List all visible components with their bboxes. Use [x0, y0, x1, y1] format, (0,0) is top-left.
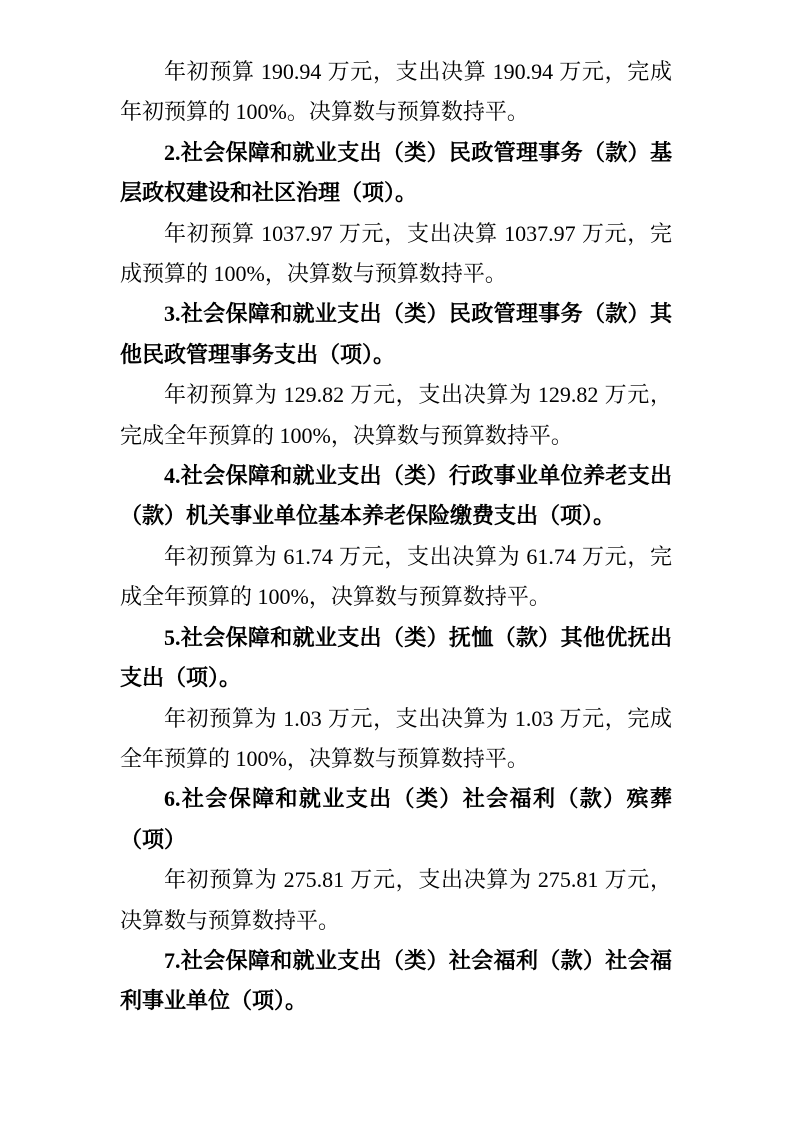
- heading-item-4: 4.社会保障和就业支出（类）行政事业单位养老支出（款）机关事业单位基本养老保险缴…: [120, 456, 672, 537]
- body-paragraph-3: 年初预算为 129.82 万元，支出决算为 129.82 万元，完成全年预算的 …: [120, 375, 672, 456]
- body-paragraph-2: 年初预算 1037.97 万元，支出决算 1037.97 万元，完成预算的 10…: [120, 214, 672, 295]
- heading-item-3: 3.社会保障和就业支出（类）民政管理事务（款）其他民政管理事务支出（项）。: [120, 294, 672, 375]
- document-body: 年初预算 190.94 万元，支出决算 190.94 万元，完成年初预算的 10…: [120, 52, 672, 1022]
- heading-item-2: 2.社会保障和就业支出（类）民政管理事务（款）基层政权建设和社区治理（项）。: [120, 133, 672, 214]
- heading-item-7: 7.社会保障和就业支出（类）社会福利（款）社会福利事业单位（项）。: [120, 941, 672, 1022]
- heading-item-6: 6.社会保障和就业支出（类）社会福利（款）殡葬（项）: [120, 779, 672, 860]
- body-paragraph-6: 年初预算为 275.81 万元，支出决算为 275.81 万元，决算数与预算数持…: [120, 860, 672, 941]
- body-paragraph-1: 年初预算 190.94 万元，支出决算 190.94 万元，完成年初预算的 10…: [120, 52, 672, 133]
- document-page: 年初预算 190.94 万元，支出决算 190.94 万元，完成年初预算的 10…: [0, 0, 793, 1122]
- body-paragraph-4: 年初预算为 61.74 万元，支出决算为 61.74 万元，完成全年预算的 10…: [120, 537, 672, 618]
- heading-item-5: 5.社会保障和就业支出（类）抚恤（款）其他优抚出支出（项）。: [120, 618, 672, 699]
- body-paragraph-5: 年初预算为 1.03 万元，支出决算为 1.03 万元，完成全年预算的 100%…: [120, 699, 672, 780]
